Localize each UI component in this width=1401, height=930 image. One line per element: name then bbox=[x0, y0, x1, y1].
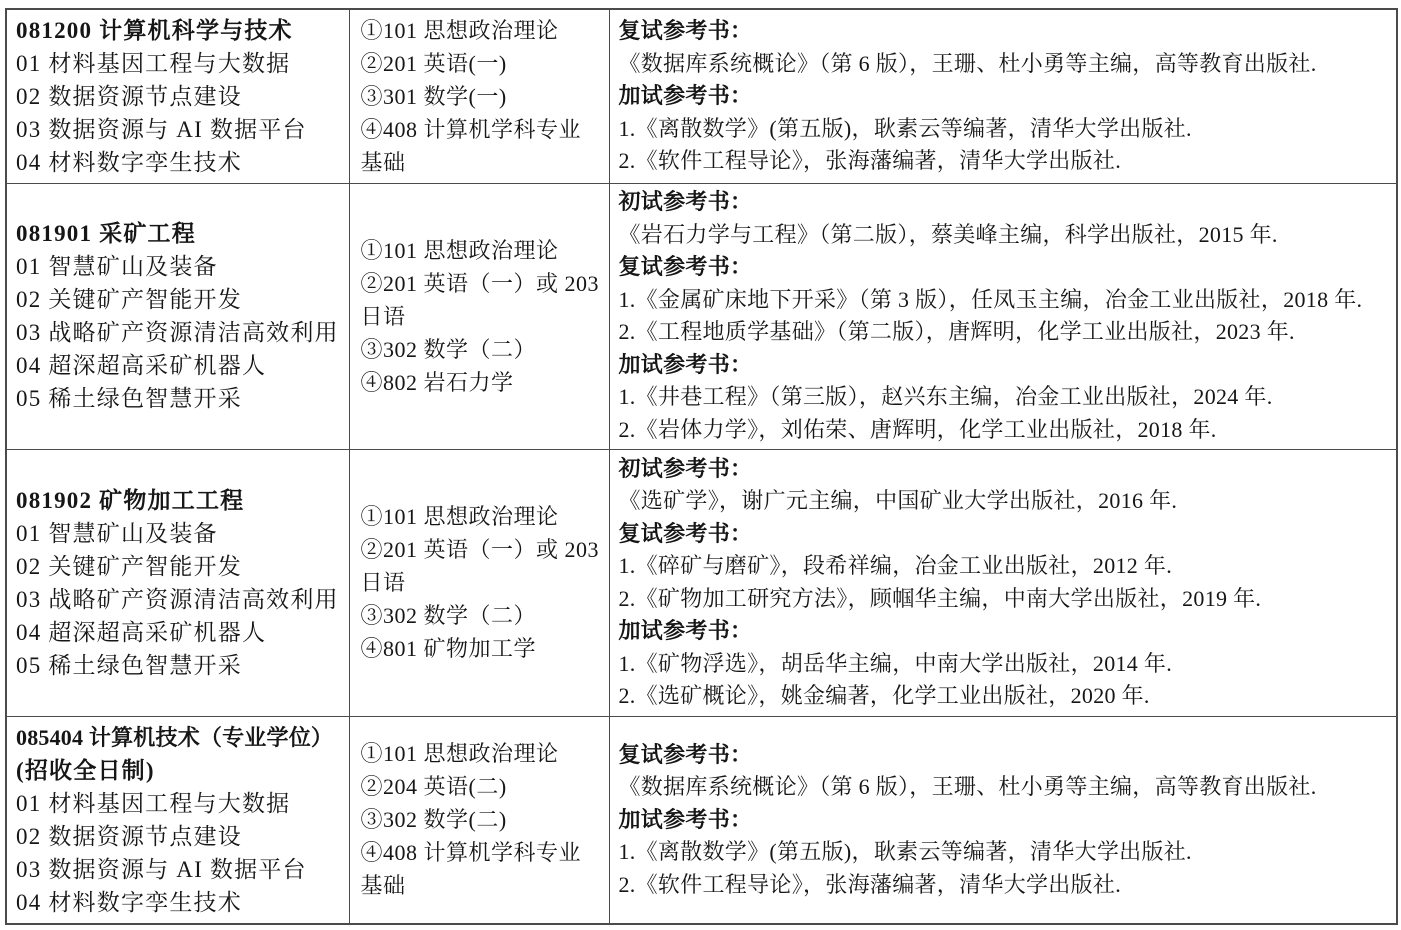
book-item: 《数据库系统概论》（第 6 版），王珊、杜小勇等主编，高等教育出版社. bbox=[619, 771, 1393, 804]
table-row: 081901 采矿工程 01 智慧矿山及装备 02 关键矿产智能开发 03 战略… bbox=[6, 183, 1397, 449]
book-item: 《岩石力学与工程》（第二版），蔡美峰主编，科学出版社，2015 年. bbox=[619, 219, 1393, 252]
exam-subject-line: ④408 计算机学科专业 bbox=[359, 836, 605, 869]
book-section-heading: 加试参考书： bbox=[619, 615, 1393, 648]
exam-subject-line: ④801 矿物加工学 bbox=[359, 632, 605, 665]
research-direction: 01 智慧矿山及装备 bbox=[16, 250, 345, 283]
exam-subjects-cell: ①101 思想政治理论 ②201 英语(一) ③301 数学(一) ④408 计… bbox=[349, 9, 609, 183]
program-cell: 081901 采矿工程 01 智慧矿山及装备 02 关键矿产智能开发 03 战略… bbox=[6, 183, 349, 449]
exam-subject-line: ①101 思想政治理论 bbox=[359, 500, 605, 533]
program-title-note: (招收全日制) bbox=[16, 754, 345, 787]
exam-subject-line: ②204 英语(二) bbox=[359, 770, 605, 803]
table-row: 081200 计算机科学与技术 01 材料基因工程与大数据 02 数据资源节点建… bbox=[6, 9, 1397, 183]
exam-subject-line: ①101 思想政治理论 bbox=[359, 234, 605, 267]
exam-subject-line: ②201 英语（一）或 203 bbox=[359, 267, 605, 300]
research-direction: 03 战略矿产资源清洁高效利用 bbox=[16, 316, 345, 349]
research-direction: 05 稀土绿色智慧开采 bbox=[16, 382, 345, 415]
exam-subjects-cell: ①101 思想政治理论 ②204 英语(二) ③302 数学(二) ④408 计… bbox=[349, 716, 609, 924]
research-direction: 02 关键矿产智能开发 bbox=[16, 550, 345, 583]
exam-subject-line: ①101 思想政治理论 bbox=[359, 737, 605, 770]
research-direction: 03 数据资源与 AI 数据平台 bbox=[16, 113, 345, 146]
book-item: 2.《选矿概论》，姚金编著，化学工业出版社，2020 年. bbox=[619, 680, 1393, 713]
book-item: 《数据库系统概论》（第 6 版），王珊、杜小勇等主编，高等教育出版社. bbox=[619, 48, 1393, 81]
research-direction: 05 稀土绿色智慧开采 bbox=[16, 649, 345, 682]
program-cell: 081902 矿物加工工程 01 智慧矿山及装备 02 关键矿产智能开发 03 … bbox=[6, 449, 349, 716]
exam-subject-line: ③301 数学(一) bbox=[359, 80, 605, 113]
exam-subject-line: ③302 数学（二） bbox=[359, 333, 605, 366]
reference-books-cell: 初试参考书： 《岩石力学与工程》（第二版），蔡美峰主编，科学出版社，2015 年… bbox=[609, 183, 1397, 449]
program-cell: 085404 计算机技术（专业学位） (招收全日制) 01 材料基因工程与大数据… bbox=[6, 716, 349, 924]
book-section-heading: 复试参考书： bbox=[619, 251, 1393, 284]
research-direction: 02 数据资源节点建设 bbox=[16, 820, 345, 853]
program-cell: 081200 计算机科学与技术 01 材料基因工程与大数据 02 数据资源节点建… bbox=[6, 9, 349, 183]
book-item: 2.《工程地质学基础》（第二版），唐辉明，化学工业出版社，2023 年. bbox=[619, 316, 1393, 349]
exam-subject-line: ①101 思想政治理论 bbox=[359, 14, 605, 47]
exam-subject-line: ③302 数学（二） bbox=[359, 599, 605, 632]
exam-subject-line: 基础 bbox=[359, 869, 605, 902]
book-section-heading: 加试参考书： bbox=[619, 80, 1393, 113]
program-code-title: 081902 矿物加工工程 bbox=[16, 484, 345, 517]
program-code-title: 085404 计算机技术（专业学位） bbox=[16, 721, 345, 754]
book-section-heading: 复试参考书： bbox=[619, 518, 1393, 551]
program-code-title: 081200 计算机科学与技术 bbox=[16, 14, 345, 47]
reference-books-cell: 复试参考书： 《数据库系统概论》（第 6 版），王珊、杜小勇等主编，高等教育出版… bbox=[609, 9, 1397, 183]
research-direction: 04 超深超高采矿机器人 bbox=[16, 616, 345, 649]
book-item: 《选矿学》，谢广元主编，中国矿业大学出版社，2016 年. bbox=[619, 485, 1393, 518]
research-direction: 04 材料数字孪生技术 bbox=[16, 146, 345, 179]
research-direction: 01 材料基因工程与大数据 bbox=[16, 47, 345, 80]
book-section-heading: 加试参考书： bbox=[619, 804, 1393, 837]
table-row: 085404 计算机技术（专业学位） (招收全日制) 01 材料基因工程与大数据… bbox=[6, 716, 1397, 924]
book-section-heading: 复试参考书： bbox=[619, 739, 1393, 772]
table-row: 081902 矿物加工工程 01 智慧矿山及装备 02 关键矿产智能开发 03 … bbox=[6, 449, 1397, 716]
research-direction: 03 战略矿产资源清洁高效利用 bbox=[16, 583, 345, 616]
exam-subject-line: 基础 bbox=[359, 146, 605, 179]
book-item: 1.《井巷工程》（第三版），赵兴东主编，冶金工业出版社，2024 年. bbox=[619, 381, 1393, 414]
book-item: 2.《软件工程导论》，张海藩编著，清华大学出版社. bbox=[619, 869, 1393, 902]
book-item: 1.《离散数学》(第五版)，耿素云等编著，清华大学出版社. bbox=[619, 836, 1393, 869]
exam-subject-line: ②201 英语(一) bbox=[359, 47, 605, 80]
program-code-title: 081901 采矿工程 bbox=[16, 217, 345, 250]
book-item: 1.《金属矿床地下开采》（第 3 版），任凤玉主编，冶金工业出版社，2018 年… bbox=[619, 284, 1393, 317]
book-item: 1.《碎矿与磨矿》，段希祥编，冶金工业出版社，2012 年. bbox=[619, 550, 1393, 583]
exam-subject-line: ④802 岩石力学 bbox=[359, 366, 605, 399]
exam-subject-line: ④408 计算机学科专业 bbox=[359, 113, 605, 146]
book-section-heading: 初试参考书： bbox=[619, 186, 1393, 219]
book-section-heading: 初试参考书： bbox=[619, 453, 1393, 486]
research-direction: 01 材料基因工程与大数据 bbox=[16, 787, 345, 820]
book-item: 1.《矿物浮选》，胡岳华主编，中南大学出版社，2014 年. bbox=[619, 648, 1393, 681]
reference-books-cell: 初试参考书： 《选矿学》，谢广元主编，中国矿业大学出版社，2016 年. 复试参… bbox=[609, 449, 1397, 716]
book-item: 1.《离散数学》(第五版)，耿素云等编著，清华大学出版社. bbox=[619, 113, 1393, 146]
book-item: 2.《软件工程导论》，张海藩编著，清华大学出版社. bbox=[619, 145, 1393, 178]
research-direction: 02 数据资源节点建设 bbox=[16, 80, 345, 113]
admissions-table: 081200 计算机科学与技术 01 材料基因工程与大数据 02 数据资源节点建… bbox=[5, 8, 1398, 925]
book-item: 2.《岩体力学》，刘佑荣、唐辉明，化学工业出版社，2018 年. bbox=[619, 414, 1393, 447]
research-direction: 04 材料数字孪生技术 bbox=[16, 886, 345, 919]
exam-subject-line: ②201 英语（一）或 203 bbox=[359, 533, 605, 566]
book-item: 2.《矿物加工研究方法》，顾帼华主编，中南大学出版社，2019 年. bbox=[619, 583, 1393, 616]
research-direction: 03 数据资源与 AI 数据平台 bbox=[16, 853, 345, 886]
exam-subject-line: 日语 bbox=[359, 566, 605, 599]
research-direction: 01 智慧矿山及装备 bbox=[16, 517, 345, 550]
exam-subjects-cell: ①101 思想政治理论 ②201 英语（一）或 203 日语 ③302 数学（二… bbox=[349, 449, 609, 716]
reference-books-cell: 复试参考书： 《数据库系统概论》（第 6 版），王珊、杜小勇等主编，高等教育出版… bbox=[609, 716, 1397, 924]
exam-subject-line: ③302 数学(二) bbox=[359, 803, 605, 836]
exam-subjects-cell: ①101 思想政治理论 ②201 英语（一）或 203 日语 ③302 数学（二… bbox=[349, 183, 609, 449]
book-section-heading: 加试参考书： bbox=[619, 349, 1393, 382]
book-section-heading: 复试参考书： bbox=[619, 15, 1393, 48]
exam-subject-line: 日语 bbox=[359, 300, 605, 333]
research-direction: 02 关键矿产智能开发 bbox=[16, 283, 345, 316]
research-direction: 04 超深超高采矿机器人 bbox=[16, 349, 345, 382]
